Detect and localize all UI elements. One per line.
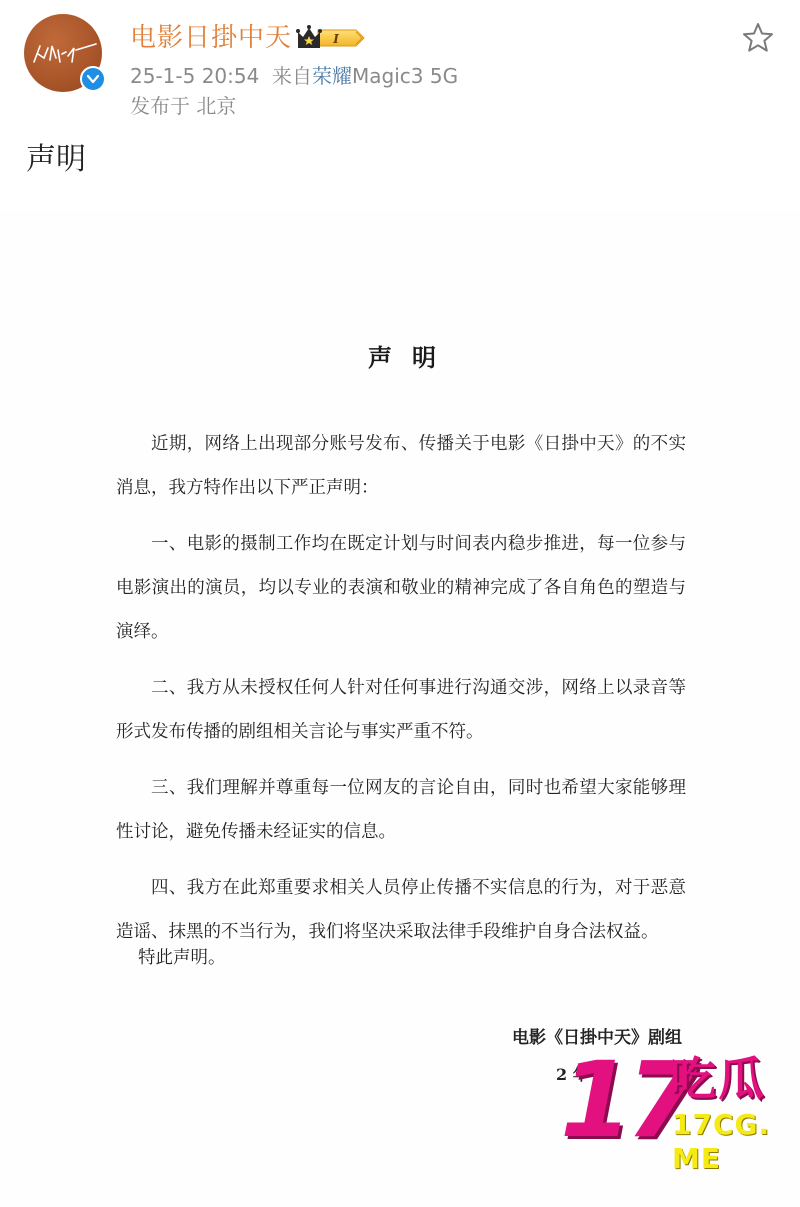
post-meta: 25-1-5 20:54 来自荣耀Magic3 5G [130, 62, 458, 90]
statement-paragraph-intro: 近期，网络上出现部分账号发布、传播关于电影《日掛中天》的不实消息，我方特作出以下… [116, 422, 686, 510]
statement-title: 声明 [0, 342, 800, 374]
watermark-chars: 吃瓜 [670, 1052, 766, 1106]
svg-text:I: I [332, 32, 339, 46]
post-timestamp: 25-1-5 20:54 [130, 64, 259, 88]
statement-closing: 特此声明。 [138, 938, 226, 978]
location-value: 北京 [196, 94, 236, 118]
statement-paragraph-2: 二、我方从未授权任何人针对任何事进行沟通交涉，网络上以录音等形式发布传播的剧组相… [116, 666, 686, 754]
star-outline-icon[interactable] [740, 20, 776, 56]
crown-level-badge-icon[interactable]: I [296, 24, 368, 52]
statement-paragraph-1: 一、电影的摄制工作均在既定计划与时间表内稳步推进，每一位参与电影演出的演员，均以… [116, 522, 686, 654]
post-header: 电影日掛中天 I 25-1-5 20:54 来自荣耀Magic3 5G 发布于 … [0, 0, 800, 130]
watermark-domain: 17CG. ME [672, 1108, 792, 1176]
post-text: 声明 [26, 140, 86, 180]
verified-badge-icon [80, 66, 106, 92]
author-name[interactable]: 电影日掛中天 [130, 20, 292, 56]
site-watermark: 17 吃瓜 17CG. ME [560, 1050, 792, 1150]
location-label: 发布于 [130, 94, 190, 118]
signature-logo-icon [30, 36, 98, 70]
post-location: 发布于 北京 [130, 92, 236, 120]
source-device-link[interactable]: 荣耀 [312, 64, 352, 88]
source-model: Magic3 5G [352, 64, 458, 88]
statement-paragraph-3: 三、我们理解并尊重每一位网友的言论自由，同时也希望大家能够理性讨论，避免传播未经… [116, 766, 686, 854]
statement-body: 近期，网络上出现部分账号发布、传播关于电影《日掛中天》的不实消息，我方特作出以下… [116, 422, 686, 966]
source-prefix: 来自 [272, 64, 312, 88]
